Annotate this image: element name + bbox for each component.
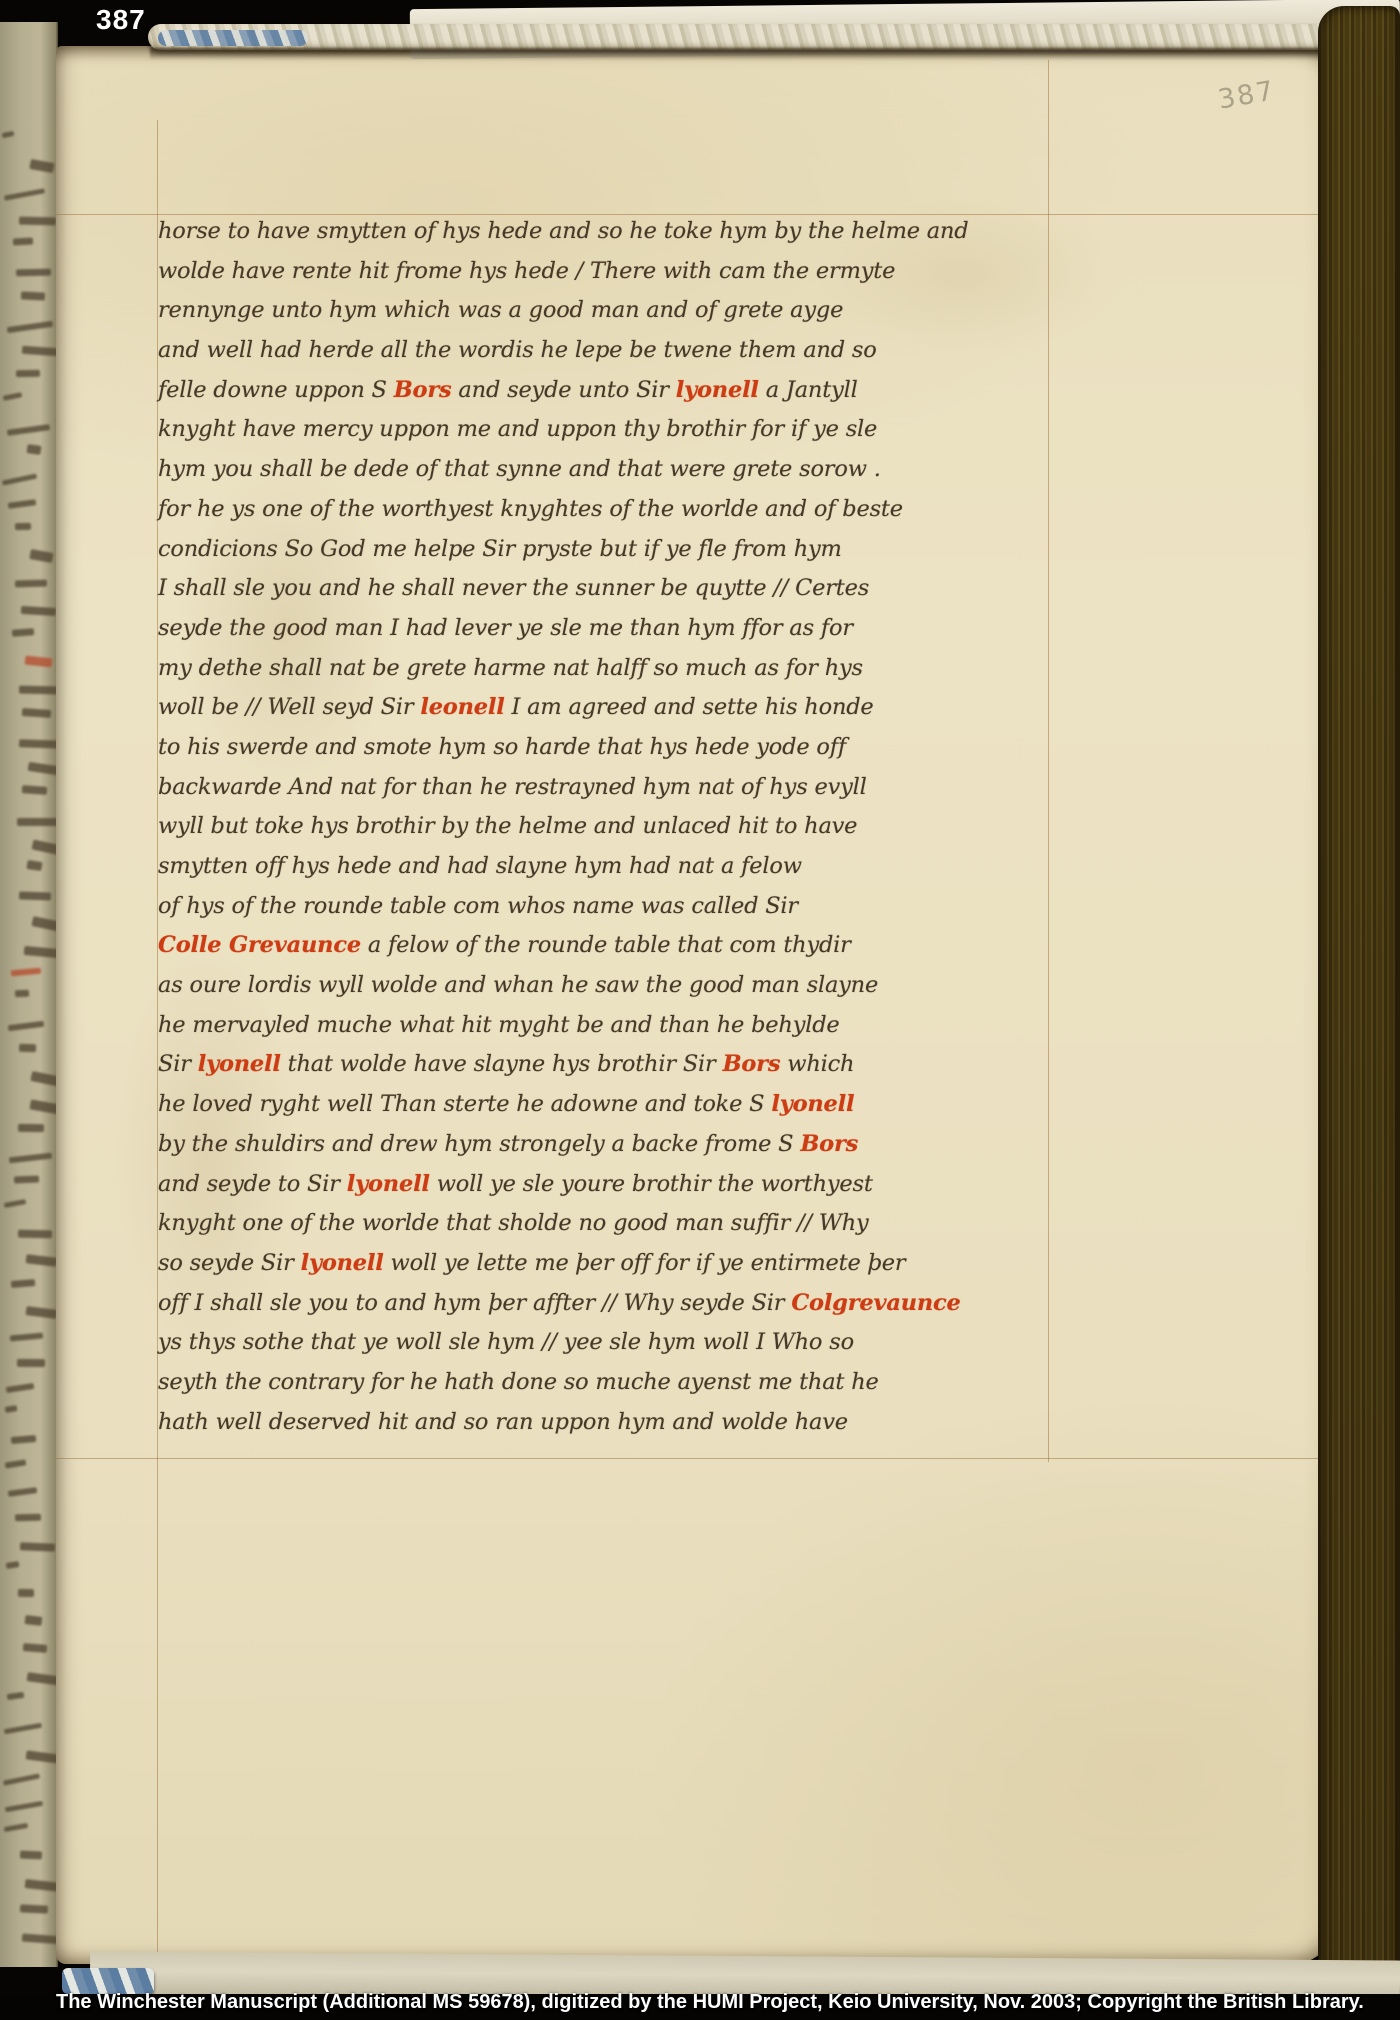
- facing-page-ink-fragment: [22, 1643, 47, 1653]
- facing-page-ink-fragment: [4, 189, 45, 202]
- facing-page-ink-fragment: [24, 1879, 58, 1892]
- manuscript-line: wyll but toke hys brothir by the helme a…: [158, 807, 1051, 847]
- manuscript-text-segment: woll ye lette me þer off for if ye entir…: [384, 1250, 906, 1276]
- manuscript-text-block: horse to have smytten of hys hede and so…: [158, 212, 1051, 1442]
- manuscript-text-segment: felle downe uppon S: [158, 377, 394, 403]
- facing-page-ink-fragment: [29, 549, 53, 563]
- manuscript-text-segment: wolde have rente hit frome hys hede / Th…: [158, 258, 895, 284]
- manuscript-line: as oure lordis wyll wolde and whan he sa…: [158, 966, 1051, 1006]
- manuscript-text-segment: Sir: [158, 1051, 198, 1077]
- manuscript-line: Colle Grevaunce a felow of the rounde ta…: [158, 926, 1051, 966]
- facing-page-ink-fragment: [22, 785, 47, 795]
- manuscript-line: wolde have rente hit frome hys hede / Th…: [158, 252, 1051, 292]
- manuscript-text-segment: that wolde have slayne hys brothir Sir: [281, 1051, 723, 1077]
- manuscript-text-segment: and seyde unto Sir: [451, 377, 675, 403]
- rubricated-name: Colgrevaunce: [791, 1290, 960, 1316]
- manuscript-text-segment: to his swerde and smote hym so harde tha…: [158, 734, 846, 760]
- rubricated-name: lyonell: [347, 1171, 430, 1197]
- manuscript-line: for he ys one of the worthyest knyghtes …: [158, 490, 1051, 530]
- facing-page-ink-fragment: [23, 946, 58, 959]
- manuscript-line: seyth the contrary for he hath done so m…: [158, 1363, 1051, 1403]
- facing-page-ink-fragment: [5, 1459, 27, 1468]
- manuscript-line: and seyde to Sir lyonell woll ye sle you…: [158, 1165, 1051, 1205]
- manuscript-line: hath well deserved hit and so ran uppon …: [158, 1403, 1051, 1443]
- facing-page-ink-fragment: [17, 818, 58, 826]
- manuscript-line: he loved ryght well Than sterte he adown…: [158, 1085, 1051, 1125]
- manuscript-line: seyde the good man I had lever ye sle me…: [158, 609, 1051, 649]
- facing-page-ink-fragment: [4, 1800, 43, 1812]
- facing-page-ink-fragment: [21, 606, 57, 616]
- facing-page-ink-fragment: [11, 1435, 37, 1444]
- manuscript-text-segment: as oure lordis wyll wolde and whan he sa…: [158, 972, 878, 998]
- manuscript-text-segment: he mervayled muche what hit myght be and…: [158, 1012, 840, 1038]
- rubricated-name: Bors: [394, 377, 452, 403]
- manuscript-text-segment: and seyde to Sir: [158, 1171, 347, 1197]
- manuscript-text-segment: by the shuldirs and drew hym strongely a…: [158, 1131, 800, 1157]
- facing-page-ink-fragment: [19, 217, 56, 226]
- facing-page-ink-fragment: [7, 424, 50, 436]
- manuscript-text-segment: ys thys sothe that ye woll sle hym // ye…: [158, 1329, 854, 1355]
- facing-page-ink-fragment: [2, 1774, 40, 1786]
- manuscript-text-segment: woll be // Well seyd Sir: [158, 694, 420, 720]
- manuscript-text-segment: for he ys one of the worthyest knyghtes …: [158, 496, 903, 522]
- manuscript-text-segment: a felow of the rounde table that com thy…: [361, 932, 851, 958]
- facing-page-ink-fragment: [7, 1692, 24, 1700]
- facing-page-ink-fragment: [15, 1514, 41, 1522]
- facing-page-ink-fragment: [6, 1383, 35, 1393]
- facing-page-edge: [0, 22, 58, 1967]
- ruling-bottom-horizontal: [56, 1458, 1326, 1459]
- manuscript-line: of hys of the rounde table com whos name…: [158, 887, 1051, 927]
- facing-page-ink-fragment: [18, 1589, 34, 1597]
- manuscript-line: he mervayled muche what hit myght be and…: [158, 1006, 1051, 1046]
- facing-page-ink-fragment: [17, 1359, 45, 1367]
- manuscript-text-segment: hath well deserved hit and so ran uppon …: [158, 1409, 848, 1435]
- manuscript-text-segment: he loved ryght well Than sterte he adown…: [158, 1091, 771, 1117]
- manuscript-line: felle downe uppon S Bors and seyde unto …: [158, 371, 1051, 411]
- facing-page-ink-fragment: [31, 839, 58, 858]
- facing-page-ink-fragment: [11, 1279, 36, 1287]
- photo-page-number-label: 387: [96, 4, 146, 36]
- facing-page-ink-fragment: [2, 131, 15, 138]
- headband: [148, 24, 1344, 50]
- facing-page-ink-fragment: [14, 990, 28, 998]
- manuscript-text-segment: rennynge unto hym which was a good man a…: [158, 297, 843, 323]
- manuscript-text-segment: my dethe shall nat be grete harme nat ha…: [158, 655, 863, 681]
- facing-page-ink-fragment: [26, 1750, 58, 1764]
- facing-page-ink-fragment: [10, 1333, 44, 1342]
- manuscript-line: ys thys sothe that ye woll sle hym // ye…: [158, 1323, 1051, 1363]
- rubricated-name: lyonell: [676, 377, 759, 403]
- facing-page-ink-fragment: [19, 1043, 37, 1051]
- facing-page-ink-fragment: [7, 1487, 36, 1497]
- facing-page-ink-fragment: [22, 346, 58, 357]
- manuscript-line: to his swerde and smote hym so harde tha…: [158, 728, 1051, 768]
- manuscript-photo: horse to have smytten of hys hede and so…: [0, 0, 1400, 2020]
- manuscript-line: knyght have mercy uppon me and uppon thy…: [158, 410, 1051, 450]
- manuscript-line: off I shall sle you to and hym þer affte…: [158, 1284, 1051, 1324]
- manuscript-line: horse to have smytten of hys hede and so…: [158, 212, 1051, 252]
- page-top-soiled-edge: [150, 48, 1340, 60]
- facing-page-ink-fragment: [26, 1672, 58, 1687]
- facing-page-ink-fragment: [25, 1306, 57, 1319]
- manuscript-line: woll be // Well seyd Sir leonell I am ag…: [158, 688, 1051, 728]
- fore-edge-page-stack: [1318, 6, 1400, 1984]
- manuscript-text-segment: condicions So God me helpe Sir pryste bu…: [158, 536, 842, 562]
- facing-page-ink-fragment: [2, 473, 38, 485]
- manuscript-line: hym you shall be dede of that synne and …: [158, 450, 1051, 490]
- facing-page-ink-fragment: [31, 916, 58, 934]
- manuscript-text-segment: smytten off hys hede and had slayne hym …: [158, 853, 802, 879]
- facing-page-ink-fragment: [31, 1071, 58, 1087]
- manuscript-line: and well had herde all the wordis he lep…: [158, 331, 1051, 371]
- facing-page-ink-fragment: [24, 655, 52, 667]
- facing-page-ink-fragment: [4, 1823, 28, 1832]
- facing-page-ink-fragment: [20, 1851, 43, 1860]
- headband-blue-stitching: [158, 30, 308, 46]
- rubricated-name: Colle Grevaunce: [158, 932, 361, 958]
- facing-page-ink-fragment: [18, 1230, 52, 1238]
- rubricated-name: lyonell: [198, 1051, 281, 1077]
- manuscript-line: my dethe shall nat be grete harme nat ha…: [158, 649, 1051, 689]
- facing-page-ink-fragment: [19, 891, 52, 900]
- facing-page-ink-fragment: [27, 762, 58, 778]
- manuscript-text-segment: a Jantyll: [759, 377, 858, 403]
- manuscript-text-segment: I shall sle you and he shall never the s…: [158, 575, 869, 601]
- rubricated-name: leonell: [420, 694, 504, 720]
- facing-page-ink-fragment: [5, 1561, 19, 1569]
- facing-page-ink-fragment: [4, 1199, 27, 1208]
- manuscript-line: so seyde Sir lyonell woll ye lette me þe…: [158, 1244, 1051, 1284]
- rubricated-name: lyonell: [771, 1091, 854, 1117]
- facing-page-ink-fragment: [10, 968, 40, 977]
- manuscript-text-segment: horse to have smytten of hys hede and so…: [158, 218, 969, 244]
- manuscript-text-segment: seyth the contrary for he hath done so m…: [158, 1369, 879, 1395]
- manuscript-line: by the shuldirs and drew hym strongely a…: [158, 1125, 1051, 1165]
- facing-page-ink-fragment: [27, 860, 43, 871]
- facing-page-ink-fragment: [18, 1124, 44, 1132]
- facing-page-ink-fragment: [20, 1542, 56, 1551]
- facing-page-ink-fragment: [7, 321, 53, 333]
- facing-page-ink-fragment: [8, 1021, 44, 1031]
- manuscript-text-segment: backwarde And nat for than he restrayned…: [158, 774, 867, 800]
- facing-page-ink-fragment: [21, 291, 46, 300]
- manuscript-text-segment: of hys of the rounde table com whos name…: [158, 893, 798, 919]
- manuscript-text-segment: seyde the good man I had lever ye sle me…: [158, 615, 853, 641]
- facing-page-ink-fragment: [25, 1615, 43, 1626]
- facing-page-ink-fragment: [25, 1254, 57, 1267]
- manuscript-text-segment: woll ye sle youre brothir the worthyest: [430, 1171, 873, 1197]
- facing-page-ink-fragment: [29, 159, 54, 173]
- manuscript-text-segment: off I shall sle you to and hym þer affte…: [158, 1290, 791, 1316]
- facing-page-ink-fragment: [5, 1405, 18, 1412]
- manuscript-line: rennynge unto hym which was a good man a…: [158, 291, 1051, 331]
- rubricated-name: lyonell: [301, 1250, 384, 1276]
- manuscript-line: backwarde And nat for than he restrayned…: [158, 768, 1051, 808]
- facing-page-ink-fragment: [4, 1722, 42, 1734]
- facing-page-ink-fragment: [13, 238, 34, 246]
- facing-page-ink-fragment: [11, 628, 33, 636]
- manuscript-line: condicions So God me helpe Sir pryste bu…: [158, 530, 1051, 570]
- manuscript-text-segment: knyght have mercy uppon me and uppon thy…: [158, 416, 877, 442]
- facing-page-ink-fragment: [9, 1153, 52, 1164]
- facing-page-ink-fragment: [22, 708, 52, 718]
- manuscript-text-segment: so seyde Sir: [158, 1250, 301, 1276]
- manuscript-text-segment: which: [780, 1051, 854, 1077]
- facing-page-ink-fragment: [29, 1099, 58, 1116]
- manuscript-text-segment: wyll but toke hys brothir by the helme a…: [158, 813, 857, 839]
- manuscript-text-segment: hym you shall be dede of that synne and …: [158, 456, 881, 482]
- manuscript-line: knyght one of the worlde that sholde no …: [158, 1204, 1051, 1244]
- facing-page-ink-fragment: [7, 499, 36, 509]
- rubricated-name: Bors: [723, 1051, 781, 1077]
- facing-page-ink-fragment: [15, 523, 31, 531]
- facing-page-ink-fragment: [19, 739, 58, 748]
- manuscript-line: smytten off hys hede and had slayne hym …: [158, 847, 1051, 887]
- facing-page-ink-fragment: [15, 579, 47, 587]
- manuscript-text-segment: I am agreed and sette his honde: [505, 694, 874, 720]
- facing-page-ink-fragment: [20, 1904, 49, 1913]
- manuscript-text-segment: knyght one of the worlde that sholde no …: [158, 1210, 869, 1236]
- facing-page-ink-fragment: [22, 1933, 58, 1944]
- manuscript-line: Sir lyonell that wolde have slayne hys b…: [158, 1045, 1051, 1085]
- facing-page-ink-fragment: [14, 1175, 39, 1183]
- facing-page-ink-fragment: [26, 444, 41, 455]
- facing-page-ink-fragment: [19, 686, 58, 695]
- facing-page-ink-fragment: [16, 369, 40, 377]
- facing-page-ink-fragment: [3, 392, 23, 401]
- facing-page-ink-fragment: [16, 268, 51, 276]
- manuscript-line: I shall sle you and he shall never the s…: [158, 569, 1051, 609]
- photo-caption: The Winchester Manuscript (Additional MS…: [56, 1991, 1400, 2014]
- rubricated-name: Bors: [800, 1131, 858, 1157]
- manuscript-text-segment: and well had herde all the wordis he lep…: [158, 337, 877, 363]
